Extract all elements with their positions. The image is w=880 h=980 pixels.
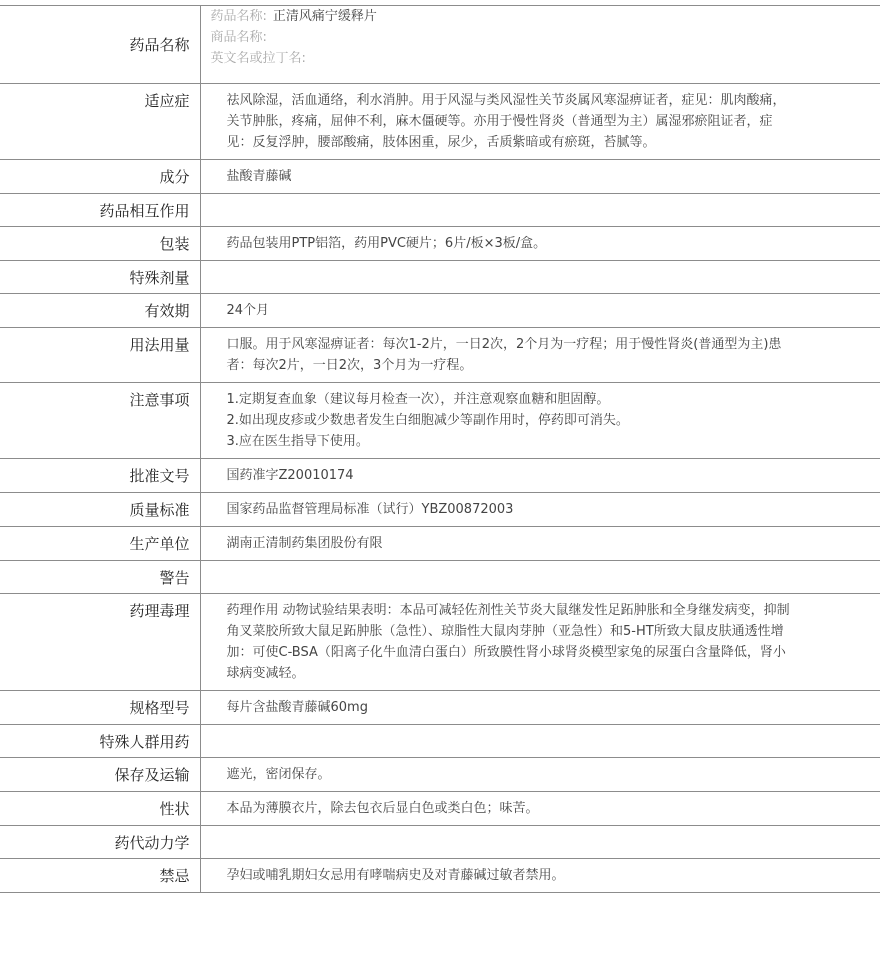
row-label: 特殊剂量	[0, 261, 190, 287]
row-value	[227, 194, 791, 206]
label-cell: 保存及运输	[0, 758, 200, 792]
trade-name-label: 商品名称:	[211, 30, 267, 45]
value-cell: 湖南正清制药集团股份有限	[200, 527, 880, 561]
label-cell: 注意事项	[0, 383, 200, 459]
row-label: 保存及运输	[0, 758, 190, 784]
value-cell	[200, 725, 880, 758]
row-quality-standard: 质量标准 国家药品监督管理局标准（试行）YBZ00872003	[0, 493, 880, 527]
row-special-dosage: 特殊剂量	[0, 261, 880, 294]
row-label: 有效期	[0, 294, 190, 320]
row-label: 药品相互作用	[0, 194, 190, 220]
row-specification: 规格型号 每片含盐酸青藤碱60mg	[0, 691, 880, 725]
english-name-line: 英文名或拉丁名:	[211, 48, 791, 69]
precaution-item: 1.定期复查血象（建议每月检查一次），并注意观察血糖和胆固醇。	[227, 389, 791, 410]
row-dosage: 用法用量 口服。用于风寒湿痹证者：每次1-2片，一日2次，2个月为一疗程；用于慢…	[0, 328, 880, 383]
label-cell: 批准文号	[0, 459, 200, 493]
row-value: 祛风除湿，活血通络，利水消肿。用于风湿与类风湿性关节炎属风寒湿痹证者，症见：肌肉…	[227, 84, 791, 159]
value-cell: 1.定期复查血象（建议每月检查一次），并注意观察血糖和胆固醇。 2.如出现皮疹或…	[200, 383, 880, 459]
row-contraindications: 禁忌 孕妇或哺乳期妇女忌用有哮喘病史及对青藤碱过敏者禁用。	[0, 859, 880, 893]
row-label: 警告	[0, 561, 190, 587]
row-pharmacokinetics: 药代动力学	[0, 826, 880, 859]
value-cell	[200, 261, 880, 294]
drug-spec-table: 药品名称 药品名称:正清风痛宁缓释片 商品名称: 英文名或拉丁名: 适应症 祛风…	[0, 5, 880, 893]
row-value: 遮光，密闭保存。	[227, 758, 791, 791]
row-label: 批准文号	[0, 459, 190, 485]
label-cell: 特殊人群用药	[0, 725, 200, 758]
label-cell: 药理毒理	[0, 594, 200, 691]
label-cell: 规格型号	[0, 691, 200, 725]
row-drug-interactions: 药品相互作用	[0, 194, 880, 227]
value-cell	[200, 194, 880, 227]
row-value	[227, 826, 791, 838]
row-value: 湖南正清制药集团股份有限	[227, 527, 791, 560]
row-value: 药品包装用PTP铝箔，药用PVC硬片；6片/板×3板/盒。	[227, 227, 791, 260]
row-value: 每片含盐酸青藤碱60mg	[227, 691, 791, 724]
row-drug-name: 药品名称 药品名称:正清风痛宁缓释片 商品名称: 英文名或拉丁名:	[0, 6, 880, 84]
value-cell: 国药准字Z20010174	[200, 459, 880, 493]
row-packaging: 包装 药品包装用PTP铝箔，药用PVC硬片；6片/板×3板/盒。	[0, 227, 880, 261]
precaution-item: 2.如出现皮疹或少数患者发生白细胞减少等副作用时，停药即可消失。	[227, 410, 791, 431]
row-label: 药品名称	[0, 6, 190, 54]
row-label: 性状	[0, 792, 190, 818]
value-cell: 国家药品监督管理局标准（试行）YBZ00872003	[200, 493, 880, 527]
row-special-populations: 特殊人群用药	[0, 725, 880, 758]
value-cell: 药理作用 动物试验结果表明：本品可减轻佐剂性关节炎大鼠继发性足跖肿胀和全身继发病…	[200, 594, 880, 691]
row-storage: 保存及运输 遮光，密闭保存。	[0, 758, 880, 792]
row-label: 规格型号	[0, 691, 190, 717]
row-label: 药理毒理	[0, 594, 190, 620]
row-label: 用法用量	[0, 328, 190, 354]
label-cell: 有效期	[0, 294, 200, 328]
row-approval-number: 批准文号 国药准字Z20010174	[0, 459, 880, 493]
row-value: 国家药品监督管理局标准（试行）YBZ00872003	[227, 493, 791, 526]
row-value	[227, 725, 791, 737]
value-cell: 药品名称:正清风痛宁缓释片 商品名称: 英文名或拉丁名:	[200, 6, 880, 84]
row-value: 24个月	[227, 294, 791, 327]
trade-name-line: 商品名称:	[211, 27, 791, 48]
value-cell: 盐酸青藤碱	[200, 160, 880, 194]
label-cell: 禁忌	[0, 859, 200, 893]
label-cell: 药品名称	[0, 6, 200, 84]
row-label: 质量标准	[0, 493, 190, 519]
row-value: 盐酸青藤碱	[227, 160, 791, 193]
label-cell: 药代动力学	[0, 826, 200, 859]
row-manufacturer: 生产单位 湖南正清制药集团股份有限	[0, 527, 880, 561]
value-cell: 本品为薄膜衣片，除去包衣后显白色或类白色；味苦。	[200, 792, 880, 826]
label-cell: 药品相互作用	[0, 194, 200, 227]
row-warning: 警告	[0, 561, 880, 594]
label-cell: 生产单位	[0, 527, 200, 561]
row-shelf-life: 有效期 24个月	[0, 294, 880, 328]
row-label: 注意事项	[0, 383, 190, 409]
label-cell: 包装	[0, 227, 200, 261]
row-value: 孕妇或哺乳期妇女忌用有哮喘病史及对青藤碱过敏者禁用。	[227, 859, 791, 892]
row-pharmacology: 药理毒理 药理作用 动物试验结果表明：本品可减轻佐剂性关节炎大鼠继发性足跖肿胀和…	[0, 594, 880, 691]
label-cell: 成分	[0, 160, 200, 194]
row-description: 性状 本品为薄膜衣片，除去包衣后显白色或类白色；味苦。	[0, 792, 880, 826]
value-cell: 祛风除湿，活血通络，利水消肿。用于风湿与类风湿性关节炎属风寒湿痹证者，症见：肌肉…	[200, 84, 880, 160]
label-cell: 适应症	[0, 84, 200, 160]
row-label: 成分	[0, 160, 190, 186]
label-cell: 性状	[0, 792, 200, 826]
value-cell: 遮光，密闭保存。	[200, 758, 880, 792]
row-label: 特殊人群用药	[0, 725, 190, 751]
precautions-list: 1.定期复查血象（建议每月检查一次），并注意观察血糖和胆固醇。 2.如出现皮疹或…	[227, 383, 791, 458]
row-label: 包装	[0, 227, 190, 253]
row-value	[227, 561, 791, 573]
row-value: 口服。用于风寒湿痹证者：每次1-2片，一日2次，2个月为一疗程；用于慢性肾炎(普…	[227, 328, 791, 382]
label-cell: 用法用量	[0, 328, 200, 383]
label-cell: 特殊剂量	[0, 261, 200, 294]
row-value	[227, 261, 791, 273]
row-value: 本品为薄膜衣片，除去包衣后显白色或类白色；味苦。	[227, 792, 791, 825]
row-label: 适应症	[0, 84, 190, 110]
label-cell: 质量标准	[0, 493, 200, 527]
value-cell: 药品包装用PTP铝箔，药用PVC硬片；6片/板×3板/盒。	[200, 227, 880, 261]
label-cell: 警告	[0, 561, 200, 594]
precaution-item: 3.应在医生指导下使用。	[227, 431, 791, 452]
value-cell: 口服。用于风寒湿痹证者：每次1-2片，一日2次，2个月为一疗程；用于慢性肾炎(普…	[200, 328, 880, 383]
generic-name-label: 药品名称:	[211, 9, 267, 24]
row-label: 禁忌	[0, 859, 190, 885]
generic-name-value: 正清风痛宁缓释片	[273, 9, 377, 24]
value-cell	[200, 826, 880, 859]
value-cell: 每片含盐酸青藤碱60mg	[200, 691, 880, 725]
generic-name-line: 药品名称:正清风痛宁缓释片	[211, 6, 791, 27]
row-label: 生产单位	[0, 527, 190, 553]
value-cell: 孕妇或哺乳期妇女忌用有哮喘病史及对青藤碱过敏者禁用。	[200, 859, 880, 893]
value-cell	[200, 561, 880, 594]
row-precautions: 注意事项 1.定期复查血象（建议每月检查一次），并注意观察血糖和胆固醇。 2.如…	[0, 383, 880, 459]
row-label: 药代动力学	[0, 826, 190, 852]
english-name-label: 英文名或拉丁名:	[211, 51, 306, 66]
row-value: 国药准字Z20010174	[227, 459, 791, 492]
value-cell: 24个月	[200, 294, 880, 328]
row-ingredients: 成分 盐酸青藤碱	[0, 160, 880, 194]
row-value: 药理作用 动物试验结果表明：本品可减轻佐剂性关节炎大鼠继发性足跖肿胀和全身继发病…	[227, 594, 791, 690]
row-indications: 适应症 祛风除湿，活血通络，利水消肿。用于风湿与类风湿性关节炎属风寒湿痹证者，症…	[0, 84, 880, 160]
